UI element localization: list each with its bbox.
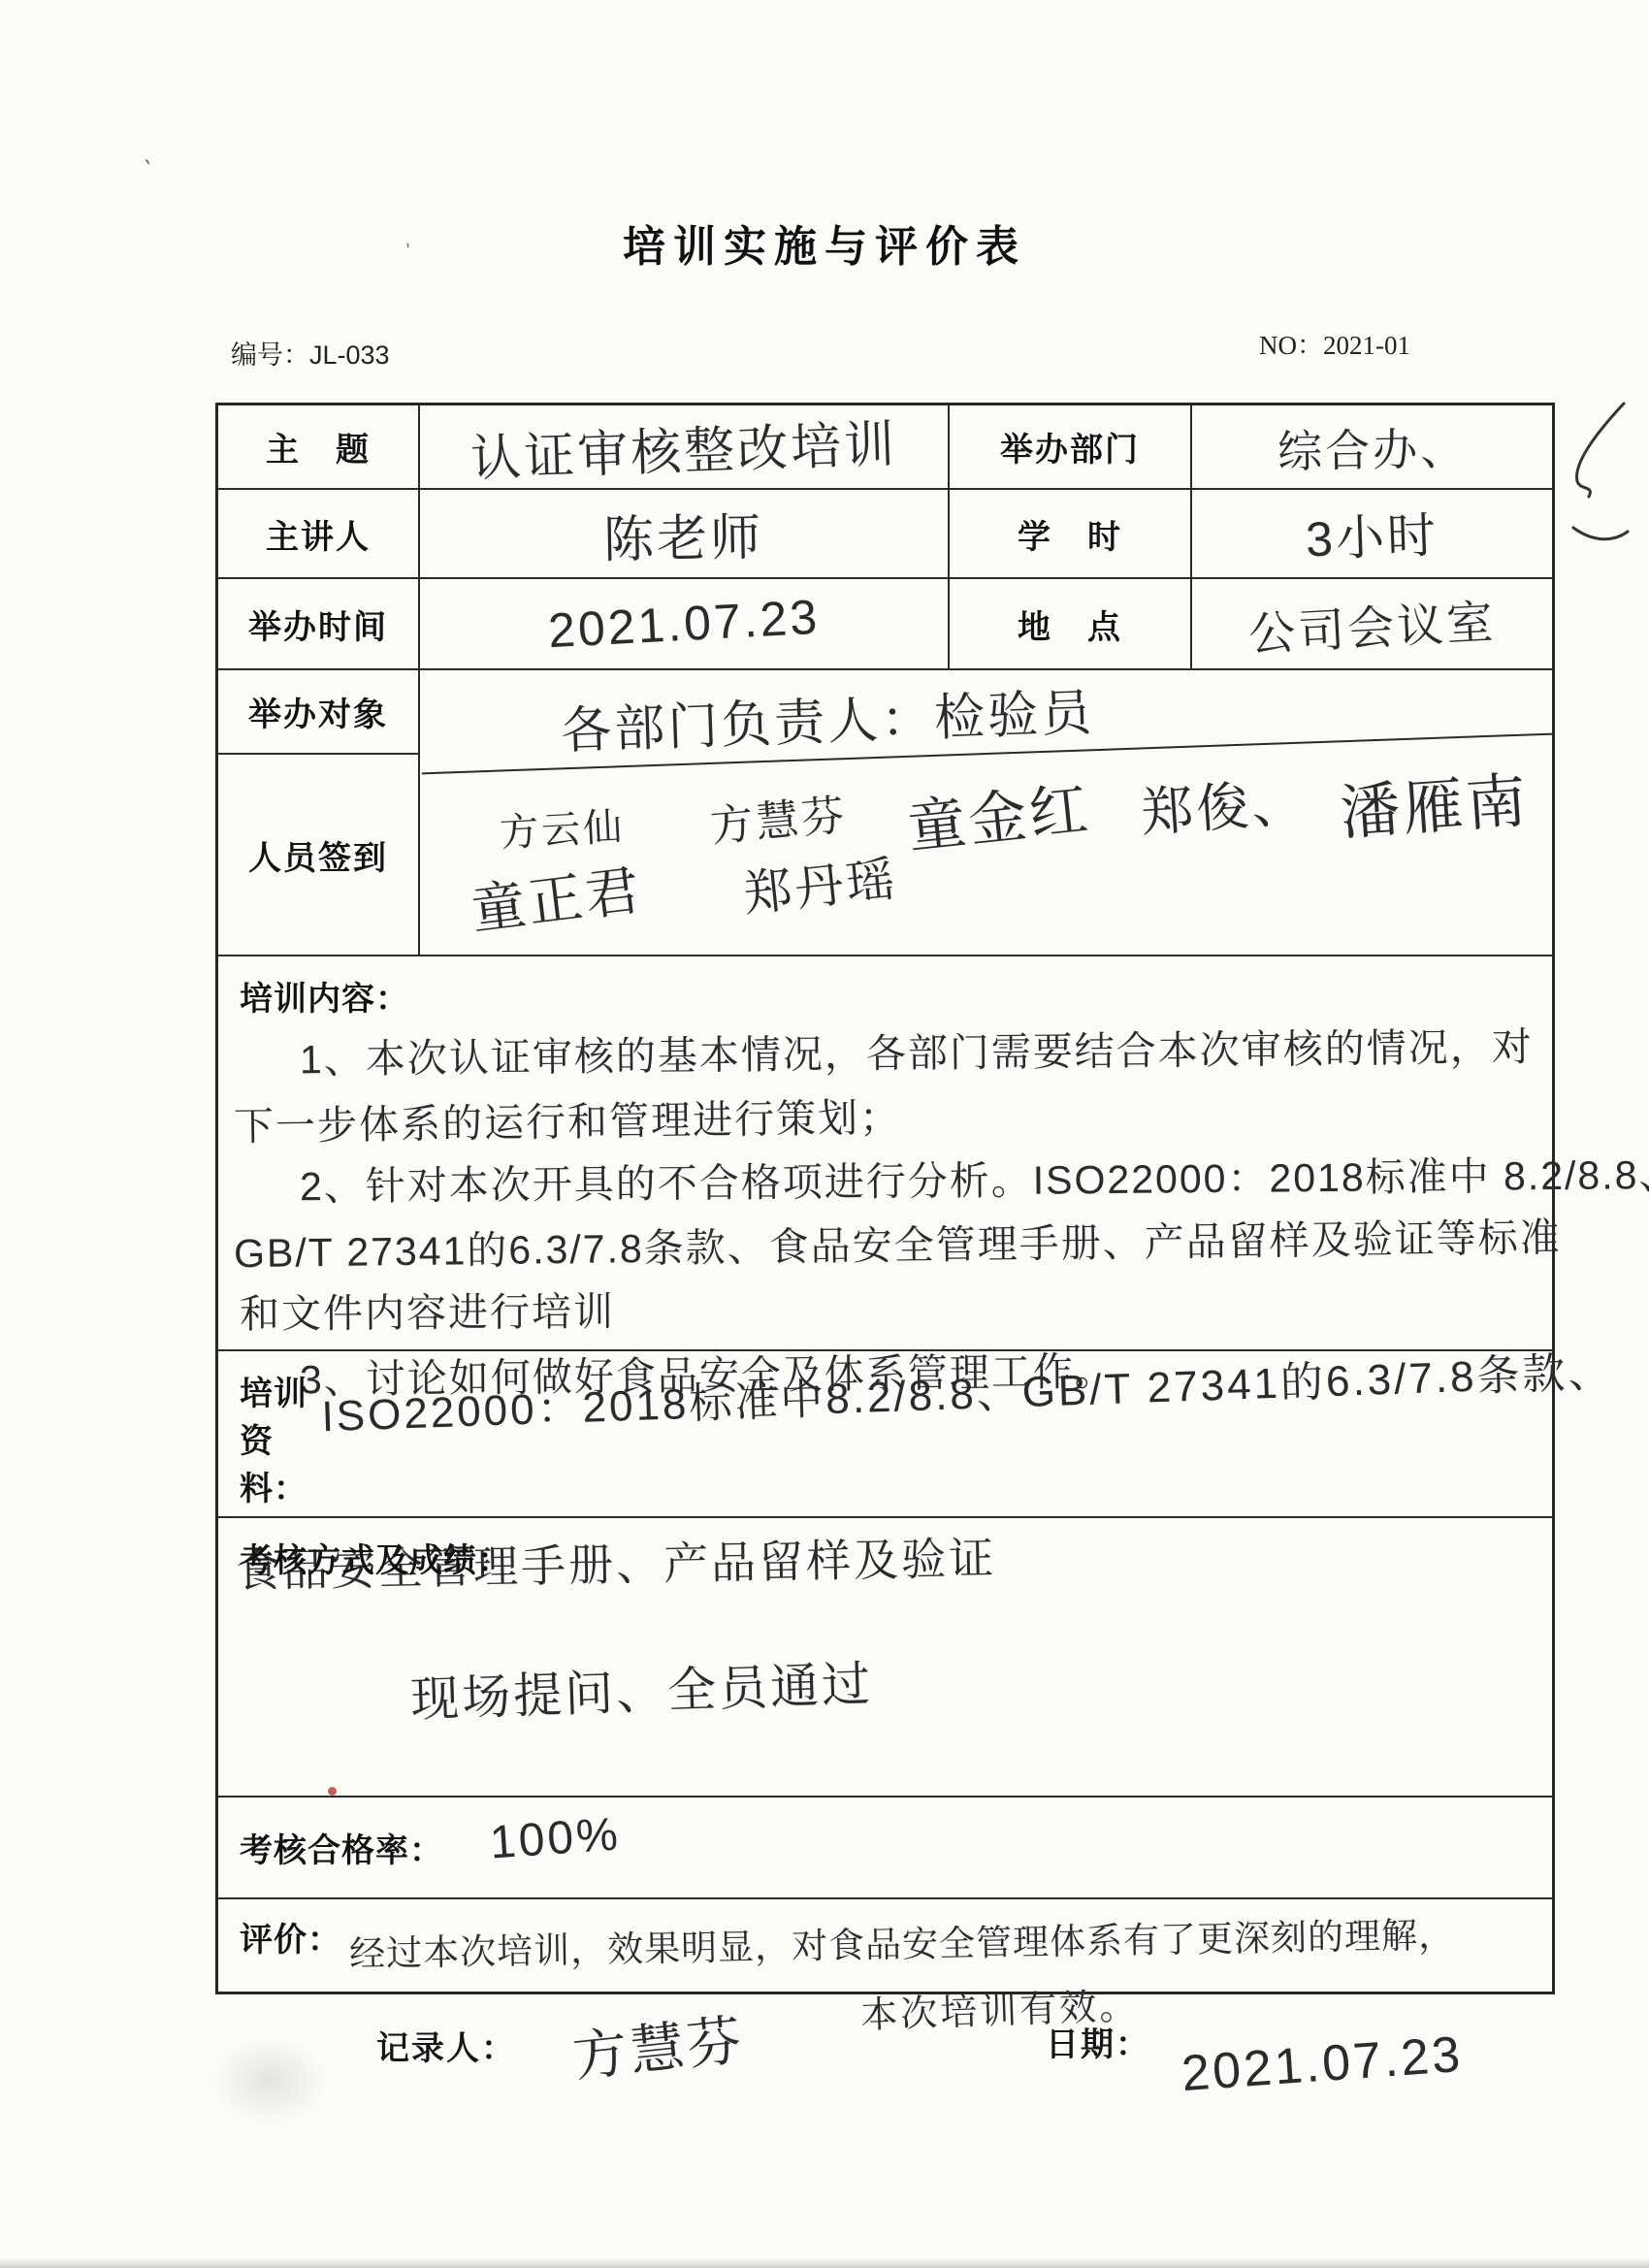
signature-line-1: 方云仙 方慧芬 童金红 郑俊、 潘雁南 bbox=[420, 772, 1552, 856]
materials-line: ISO22000：2018标准中8.2/8.8、GB/T 27341的6.3/7… bbox=[320, 1337, 1614, 1443]
signature: 方慧芬 bbox=[707, 780, 849, 854]
section-assessment: 考核方式及成绩： 现场提问、全员通过 bbox=[218, 1518, 1552, 1798]
scanned-form-page: 培训实施与评价表 编号：JL-033 NO：2021-01 主 题 认证审核整改… bbox=[0, 0, 1649, 2268]
label-department: 举办部门 bbox=[950, 405, 1192, 490]
doc-number: 编号：JL-033 bbox=[231, 334, 390, 372]
handwriting-hours: 3小时 bbox=[1305, 497, 1439, 571]
form-title: 培训实施与评价表 bbox=[0, 211, 1649, 274]
signature: 童金红 bbox=[903, 762, 1094, 864]
training-form-table: 主 题 认证审核整改培训 举办部门 综合办、 主讲人 陈老师 学 时 3小时 举… bbox=[215, 403, 1555, 1994]
label-signin: 人员签到 bbox=[218, 755, 420, 956]
handwriting-department: 综合办、 bbox=[1277, 413, 1468, 480]
scan-speck: ` bbox=[139, 154, 153, 185]
label-audience: 举办对象 bbox=[218, 670, 420, 755]
handwriting-recorder: 方慧芬 bbox=[568, 1997, 747, 2092]
label-pass-rate: 考核合格率： bbox=[240, 1824, 443, 1871]
signature: 童正君 bbox=[467, 848, 646, 946]
label-training-materials: 培训资料： bbox=[240, 1367, 307, 1509]
evaluation-line: 经过本次培训，效果明显，对食品安全管理体系有了更深刻的理解， bbox=[349, 1905, 1456, 1977]
handwriting-lecturer: 陈老师 bbox=[603, 496, 764, 571]
section-evaluation: 评价： 经过本次培训，效果明显，对食品安全管理体系有了更深刻的理解， 本次培训有… bbox=[218, 1899, 1552, 1992]
value-hours: 3小时 bbox=[1192, 490, 1552, 579]
label-time: 举办时间 bbox=[218, 579, 420, 670]
value-subject: 认证审核整改培训 bbox=[420, 405, 950, 490]
content-line: 和文件内容进行培训 bbox=[240, 1273, 1536, 1345]
label-place: 地 点 bbox=[950, 579, 1192, 670]
red-ink-speck bbox=[328, 1787, 337, 1796]
handwriting-date: 2021.07.23 bbox=[1180, 2025, 1465, 2103]
handwriting-audience: 各部门负责人：检验员 bbox=[560, 671, 1095, 762]
handwriting-place: 公司会议室 bbox=[1246, 584, 1497, 664]
scan-smudge bbox=[211, 2037, 328, 2124]
serial-number: NO：2021-01 bbox=[1259, 324, 1410, 362]
label-lecturer: 主讲人 bbox=[218, 490, 420, 579]
pen-scribble-mark bbox=[1556, 396, 1643, 561]
label-subject: 主 题 bbox=[218, 405, 420, 490]
value-signin: 方云仙 方慧芬 童金红 郑俊、 潘雁南 童正君 郑丹瑶 bbox=[420, 755, 1552, 956]
handwriting-assessment: 现场提问、全员通过 bbox=[409, 1645, 874, 1732]
label-evaluation: 评价： bbox=[240, 1913, 341, 1960]
signature: 郑丹瑶 bbox=[740, 840, 901, 925]
label-hours: 学 时 bbox=[950, 490, 1192, 579]
section-training-content: 培训内容： 1、本次认证审核的基本情况，各部门需要结合本次审核的情况，对 下一步… bbox=[218, 956, 1552, 1351]
value-department: 综合办、 bbox=[1192, 405, 1552, 490]
handwriting-subject: 认证审核整改培训 bbox=[469, 403, 898, 490]
label-recorder: 记录人： bbox=[376, 2022, 516, 2069]
label-training-content: 培训内容： bbox=[240, 972, 1536, 1020]
signature-line-2: 童正君 郑丹瑶 bbox=[420, 856, 1552, 935]
signature: 方云仙 bbox=[499, 796, 627, 859]
scanner-edge-shadow bbox=[0, 2258, 1649, 2268]
signature: 郑俊、 bbox=[1139, 761, 1309, 847]
label-assessment: 考核方式及成绩： bbox=[240, 1534, 1536, 1581]
section-pass-rate: 考核合格率： 100% bbox=[218, 1798, 1552, 1899]
handwriting-pass-rate: 100% bbox=[488, 1807, 622, 1869]
handwriting-time: 2021.07.23 bbox=[547, 589, 822, 660]
signature: 潘雁南 bbox=[1337, 752, 1532, 851]
value-time: 2021.07.23 bbox=[420, 579, 950, 670]
value-lecturer: 陈老师 bbox=[420, 490, 950, 579]
section-training-materials: 培训资料： ISO22000：2018标准中8.2/8.8、GB/T 27341… bbox=[218, 1351, 1552, 1518]
label-date: 日期： bbox=[1046, 2018, 1150, 2065]
